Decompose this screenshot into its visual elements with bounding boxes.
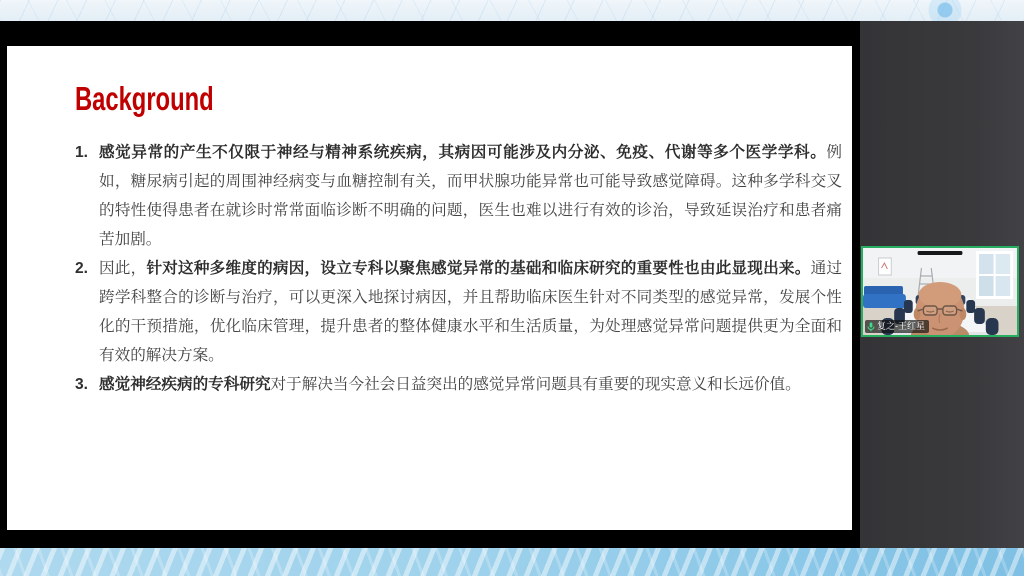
window	[976, 251, 1013, 299]
top-decor-band	[0, 0, 1024, 21]
screen-share-region: Background 1. 感觉异常的产生不仅限于神经与精神系统疾病，其病因可能…	[0, 21, 860, 548]
text-segment: 对于解决当今社会日益突出的感觉异常问题具有重要的现实意义和长远价值。	[271, 376, 801, 393]
list-item-1: 1. 感觉异常的产生不仅限于神经与精神系统疾病，其病因可能涉及内分泌、免疫、代谢…	[75, 138, 842, 254]
list-item-text: 因此，针对这种多维度的病因，设立专科以聚焦感觉异常的基础和临床研究的重要性也由此…	[99, 254, 842, 370]
microphone-on-icon	[867, 322, 875, 332]
slide-body-list: 1. 感觉异常的产生不仅限于神经与精神系统疾病，其病因可能涉及内分泌、免疫、代谢…	[75, 138, 842, 399]
text-segment: 感觉异常的产生不仅限于神经与精神系统疾病，其病因可能涉及内分泌、免疫、代谢等多个…	[99, 144, 826, 161]
list-item-text: 感觉异常的产生不仅限于神经与精神系统疾病，其病因可能涉及内分泌、免疫、代谢等多个…	[99, 138, 842, 254]
slide-title: Background	[75, 80, 214, 118]
bottom-decor-band	[0, 548, 1024, 576]
meeting-window: Background 1. 感觉异常的产生不仅限于神经与精神系统疾病，其病因可能…	[0, 0, 1024, 576]
text-segment: 因此，	[99, 260, 146, 277]
list-item-2: 2. 因此，针对这种多维度的病因，设立专科以聚焦感觉异常的基础和临床研究的重要性…	[75, 254, 842, 370]
list-item-3: 3. 感觉神经疾病的专科研究对于解决当今社会日益突出的感觉异常问题具有重要的现实…	[75, 370, 842, 399]
list-item-number: 1.	[75, 138, 99, 254]
text-segment: 感觉神经疾病的专科研究	[99, 376, 271, 393]
participant-video-tile[interactable]: 复之-王红星	[861, 246, 1019, 337]
text-segment: 针对这种多维度的病因，设立专科以聚焦感觉异常的基础和临床研究的重要性也由此显现出…	[146, 260, 810, 277]
list-item-number: 3.	[75, 370, 99, 399]
participant-video-panel: 复之-王红星	[860, 21, 1024, 548]
picture-frame	[879, 258, 892, 275]
list-item-text: 感觉神经疾病的专科研究对于解决当今社会日益突出的感觉异常问题具有重要的现实意义和…	[99, 370, 842, 399]
participant-name: 复之-王红星	[877, 321, 925, 332]
sofa	[863, 286, 906, 308]
tv-screen	[918, 251, 963, 255]
list-item-number: 2.	[75, 254, 99, 370]
participant-name-label: 复之-王红星	[865, 320, 929, 333]
presentation-slide: Background 1. 感觉异常的产生不仅限于神经与精神系统疾病，其病因可能…	[7, 46, 852, 530]
